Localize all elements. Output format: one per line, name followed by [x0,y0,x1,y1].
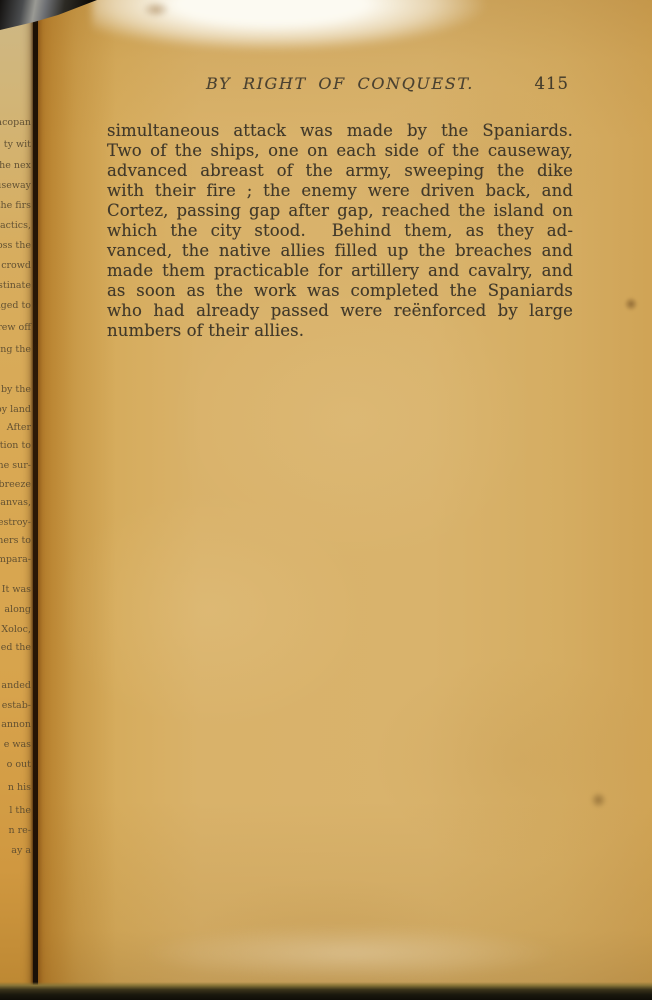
edge-text-fragment: he nex [0,161,31,171]
edge-text-fragment: lacopan [0,118,31,128]
page-body: simultaneous attack was made by the Span… [107,121,573,341]
gutter-shadow [38,0,116,1000]
text-line: simultaneous attack was made by the Span… [107,121,573,141]
edge-text-fragment: by the [1,385,31,395]
edge-text-fragment: mpara- [0,555,31,565]
edge-text-fragment: ross the [0,241,31,251]
previous-page-edge: lacopanty withe nexusewaythe firstactics… [0,0,34,988]
book-cover-bottom-edge [0,982,652,1000]
edge-text-fragment: ty wit [4,140,31,150]
edge-text-fragment: breeze [0,480,31,490]
edge-text-fragment: It was [2,585,31,595]
edge-text-fragment: rew off [0,323,31,333]
edge-text-fragment: estroy- [0,518,31,528]
edge-text-fragment: estab- [2,701,31,711]
text-line: vanced, the native allies filled up the … [107,241,573,261]
edge-text-fragment: he sur- [0,461,31,471]
edge-text-fragment: a crowd [0,261,31,271]
text-line: numbers of their allies. [107,321,573,341]
scanned-book-page: lacopanty withe nexusewaythe firstactics… [0,0,652,1000]
edge-text-fragment: n re- [8,826,31,836]
page-number: 415 [535,74,570,93]
edge-text-fragment: bstinate [0,281,31,291]
edge-text-fragment: o out [7,760,31,770]
edge-text-fragment: Xoloc, [1,625,31,635]
edge-text-fragment: hers to [0,536,31,546]
text-line: Cortez, passing gap after gap, reached t… [107,201,573,221]
edge-text-fragment: n his [8,783,31,793]
text-line: which the city stood. Behind them, as th… [107,221,573,241]
edge-text-fragment: e was [4,740,31,750]
edge-text-fragment: ed the [1,643,31,653]
running-title: BY RIGHT OF CONQUEST. [107,74,573,93]
text-line: advanced abreast of the army, sweeping t… [107,161,573,181]
edge-text-fragment: tion to [0,441,31,451]
edge-text-fragment: along [4,605,31,615]
text-line: as soon as the work was completed the Sp… [107,281,573,301]
edge-text-fragment: ay a [11,846,31,856]
edge-text-fragment: canvas, [0,498,31,508]
edge-text-fragment: annon [1,720,31,730]
scan-flare-bottom [120,926,632,980]
edge-text-fragment: by land [0,405,31,415]
text-line: with their fire ; the enemy were driven … [107,181,573,201]
text-line: who had already passed were reënforced b… [107,301,573,321]
edge-text-fragment: the firs [0,201,31,211]
edge-text-fragment: After [7,423,31,433]
edge-text-fragment: anded [1,681,31,691]
edge-text-fragment: useway [0,181,31,191]
text-line: Two of the ships, one on each side of th… [107,141,573,161]
text-line: made them practicable for artillery and … [107,261,573,281]
scan-flare-top [92,0,540,60]
edge-text-fragment: tactics, [0,221,31,231]
edge-text-fragment: ing the [0,345,31,355]
page-header: BY RIGHT OF CONQUEST. 415 [107,74,573,94]
edge-text-fragment: liged to [0,301,31,311]
edge-text-fragment: l the [9,806,31,816]
